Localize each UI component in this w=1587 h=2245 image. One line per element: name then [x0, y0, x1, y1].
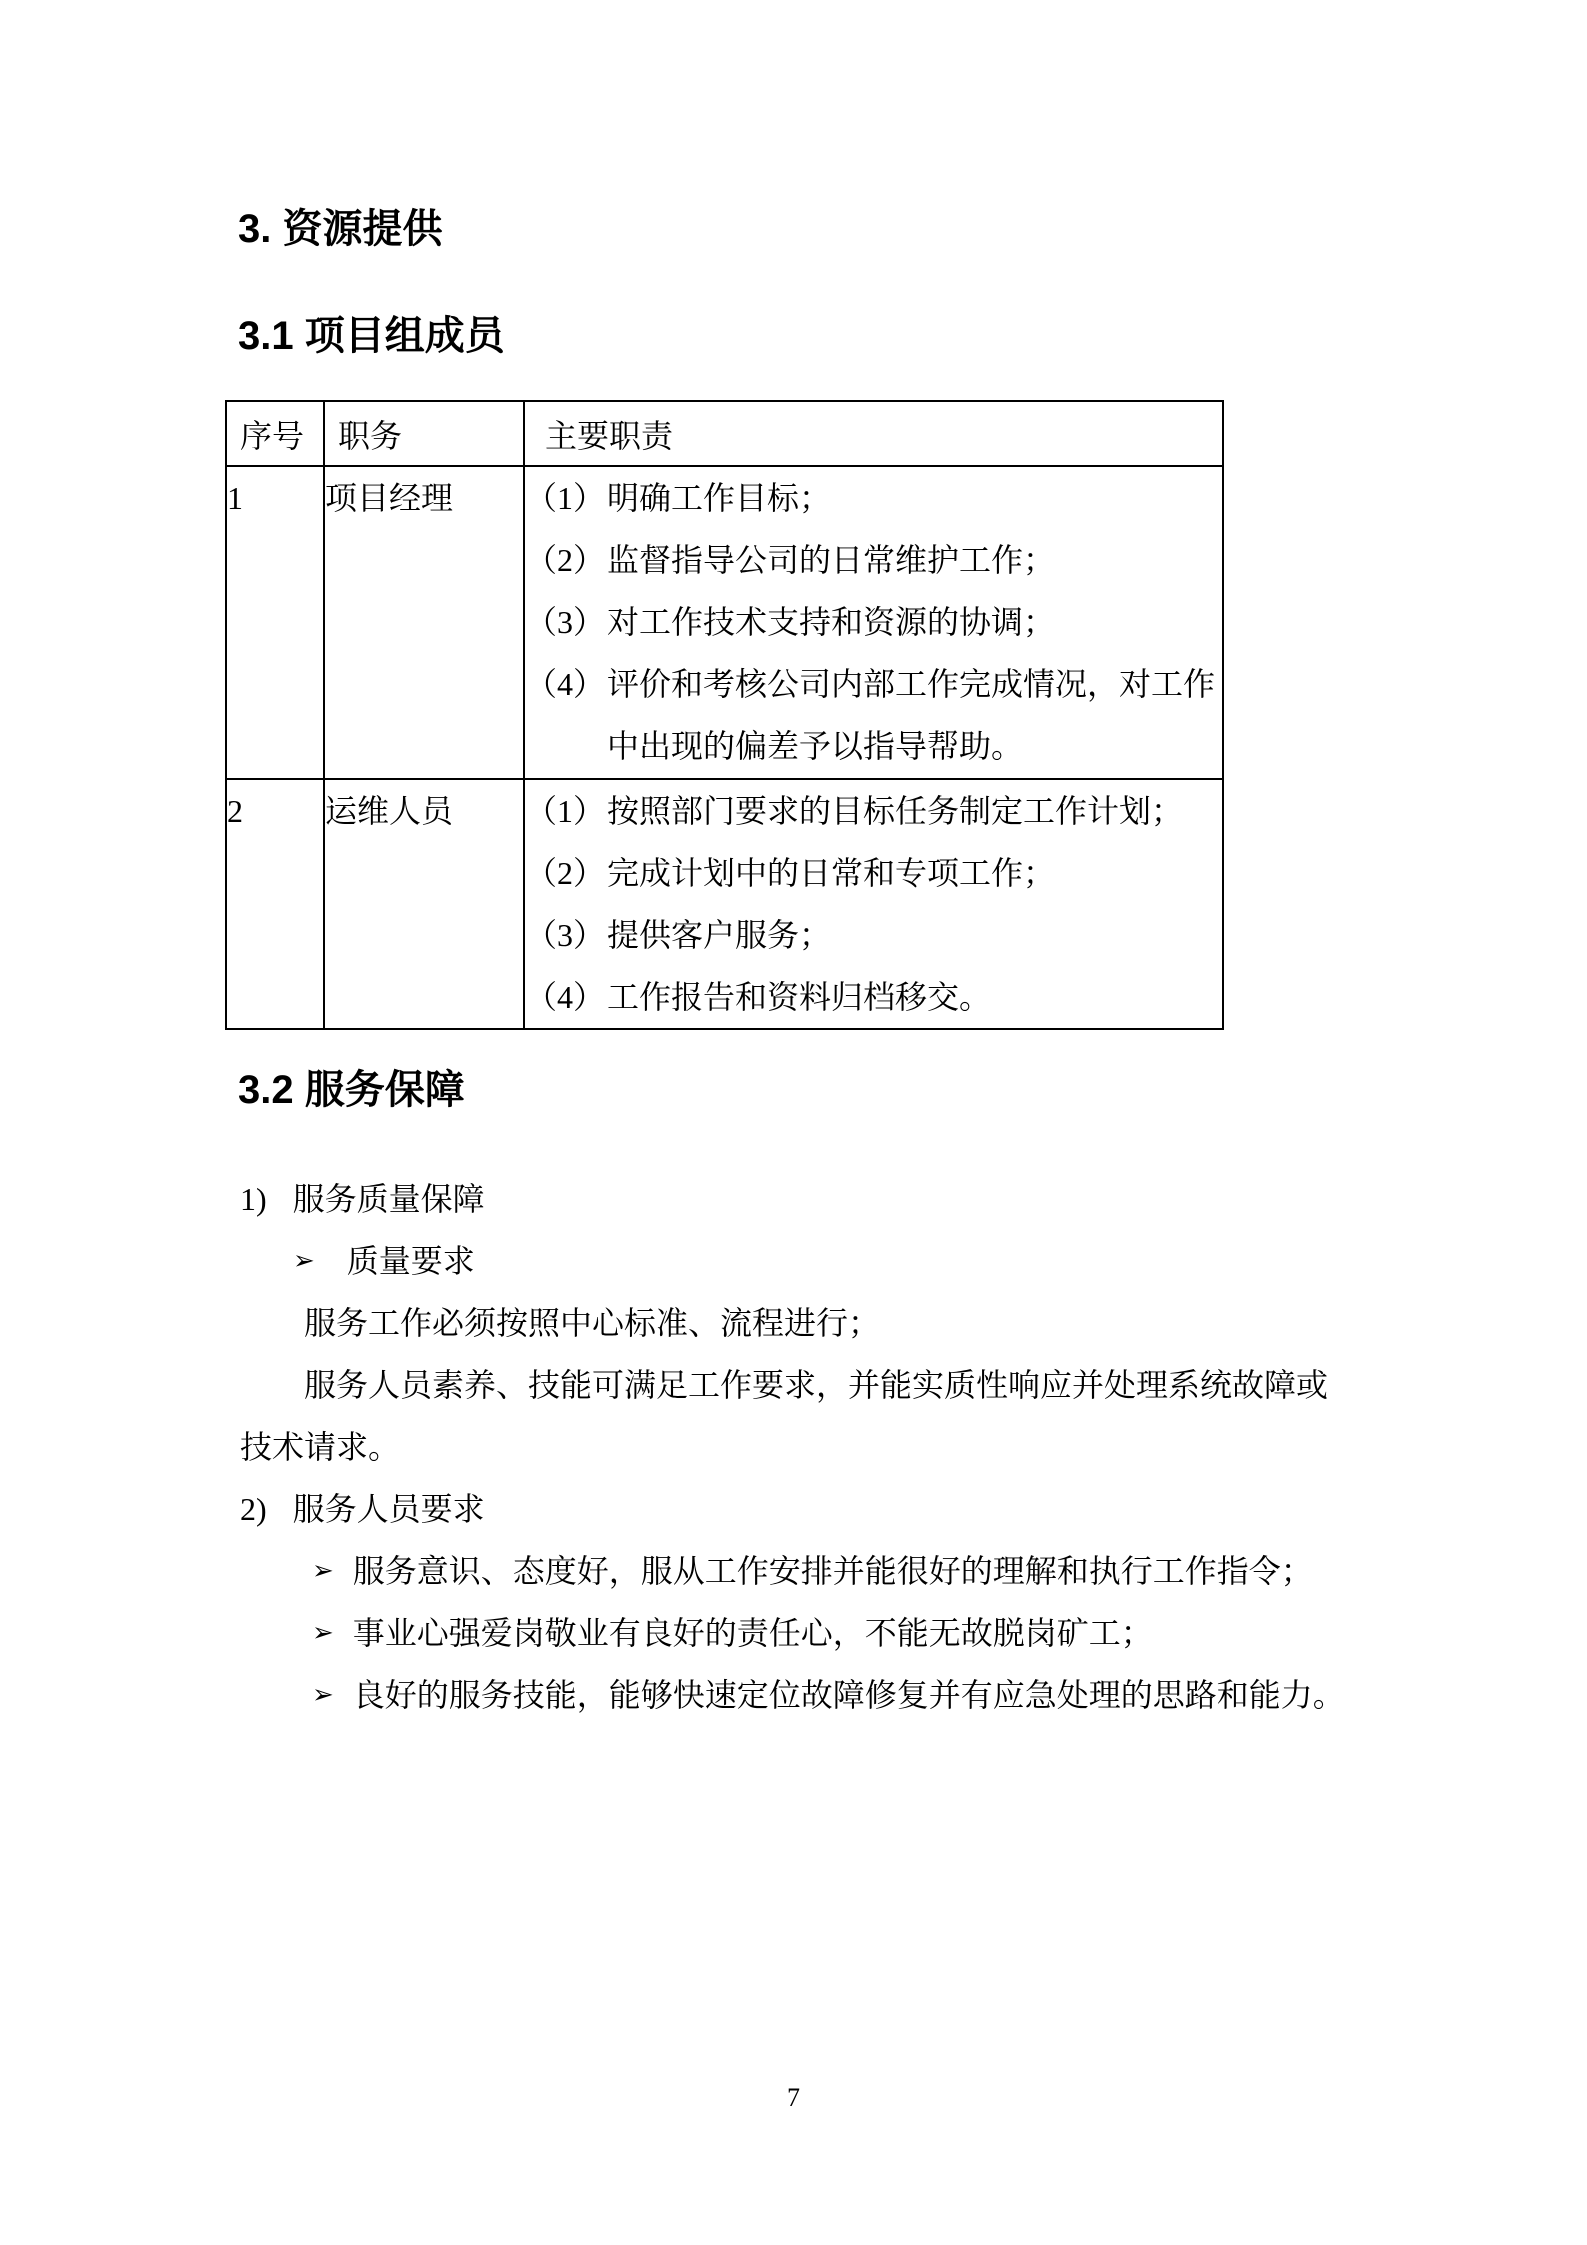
duty-item: （1） 按照部门要求的目标任务制定工作计划；	[525, 780, 1222, 842]
page-number: 7	[0, 2082, 1587, 2113]
table-row: 2 运维人员 （1） 按照部门要求的目标任务制定工作计划； （2） 完成计划中的…	[226, 779, 1223, 1029]
arrow-bullet-icon: ➢	[312, 1602, 334, 1664]
subsection-heading-service-guarantee: 3.2 服务保障	[238, 1066, 465, 1114]
item-title: 服务质量保障	[293, 1181, 485, 1217]
body-paragraph: 服务工作必须按照中心标准、流程进行；	[240, 1292, 1352, 1354]
table-header-row: 序号 职务 主要职责	[226, 401, 1223, 466]
item-title: 服务人员要求	[293, 1491, 485, 1527]
duty-text: 评价和考核公司内部工作完成情况，对工作中出现的偏差予以指导帮助。	[607, 653, 1222, 777]
arrow-bullet-icon: ➢	[312, 1664, 334, 1726]
cell-duties: （1） 明确工作目标； （2） 监督指导公司的日常维护工作； （3） 对工作技术…	[524, 466, 1223, 779]
service-section: 1)服务质量保障 ➢ 质量要求 服务工作必须按照中心标准、流程进行； 服务人员素…	[240, 1168, 1352, 1726]
col-header-duties: 主要职责	[524, 401, 1223, 466]
duty-number: （4）	[525, 966, 607, 1028]
arrow-bullet-icon: ➢	[312, 1540, 334, 1602]
duty-number: （2）	[525, 842, 607, 904]
cell-duties: （1） 按照部门要求的目标任务制定工作计划； （2） 完成计划中的日常和专项工作…	[524, 779, 1223, 1029]
duty-item: （2） 监督指导公司的日常维护工作；	[525, 529, 1222, 591]
bullet-item: ➢ 事业心强爱岗敬业有良好的责任心，不能无故脱岗矿工；	[240, 1602, 1352, 1664]
project-members-table: 序号 职务 主要职责 1 项目经理 （1） 明确工作目标； （2） 监督指导公司…	[225, 400, 1224, 1030]
duty-item: （4） 工作报告和资料归档移交。	[525, 966, 1222, 1028]
section-heading-resources: 3. 资源提供	[238, 205, 442, 253]
duty-text: 明确工作目标；	[607, 467, 1222, 529]
body-paragraph: 服务人员素养、技能可满足工作要求，并能实质性响应并处理系统故障或技术请求。	[240, 1354, 1352, 1478]
bullet-item: ➢ 服务意识、态度好，服从工作安排并能很好的理解和执行工作指令；	[240, 1540, 1352, 1602]
cell-role: 运维人员	[324, 779, 524, 1029]
arrow-bullet-icon: ➢	[293, 1230, 315, 1292]
duty-number: （4）	[525, 653, 607, 715]
col-header-role: 职务	[324, 401, 524, 466]
duty-number: （3）	[525, 591, 607, 653]
duty-number: （1）	[525, 467, 607, 529]
item-number: 2)	[240, 1491, 267, 1527]
duty-item: （3） 提供客户服务；	[525, 904, 1222, 966]
duty-text: 对工作技术支持和资源的协调；	[607, 591, 1222, 653]
duty-text: 监督指导公司的日常维护工作；	[607, 529, 1222, 591]
duty-item: （2） 完成计划中的日常和专项工作；	[525, 842, 1222, 904]
bullet-text: 服务意识、态度好，服从工作安排并能很好的理解和执行工作指令；	[353, 1540, 1352, 1602]
bullet-item: ➢ 良好的服务技能，能够快速定位故障修复并有应急处理的思路和能力。	[240, 1664, 1352, 1726]
bullet-text: 良好的服务技能，能够快速定位故障修复并有应急处理的思路和能力。	[353, 1664, 1352, 1726]
numbered-item-personnel: 2)服务人员要求	[240, 1478, 1352, 1540]
cell-role: 项目经理	[324, 466, 524, 779]
bullet-text: 事业心强爱岗敬业有良好的责任心，不能无故脱岗矿工；	[353, 1602, 1352, 1664]
duty-text: 提供客户服务；	[607, 904, 1222, 966]
duty-number: （3）	[525, 904, 607, 966]
document-page: 3. 资源提供 3.1 项目组成员 序号 职务 主要职责 1 项目经理 （1） …	[0, 0, 1587, 2245]
duty-item: （1） 明确工作目标；	[525, 467, 1222, 529]
bullet-item: ➢ 质量要求	[240, 1230, 1352, 1292]
duty-item: （4） 评价和考核公司内部工作完成情况，对工作中出现的偏差予以指导帮助。	[525, 653, 1222, 777]
table-row: 1 项目经理 （1） 明确工作目标； （2） 监督指导公司的日常维护工作； （3…	[226, 466, 1223, 779]
duty-item: （3） 对工作技术支持和资源的协调；	[525, 591, 1222, 653]
bullet-text: 质量要求	[347, 1230, 1352, 1292]
subsection-heading-project-members: 3.1 项目组成员	[238, 312, 505, 360]
item-number: 1)	[240, 1181, 267, 1217]
numbered-item-quality: 1)服务质量保障	[240, 1168, 1352, 1230]
duty-text: 工作报告和资料归档移交。	[607, 966, 1222, 1028]
duty-text: 完成计划中的日常和专项工作；	[607, 842, 1222, 904]
cell-index: 1	[226, 466, 324, 779]
duty-number: （2）	[525, 529, 607, 591]
cell-index: 2	[226, 779, 324, 1029]
col-header-index: 序号	[226, 401, 324, 466]
duty-number: （1）	[525, 780, 607, 842]
duty-text: 按照部门要求的目标任务制定工作计划；	[607, 780, 1222, 842]
